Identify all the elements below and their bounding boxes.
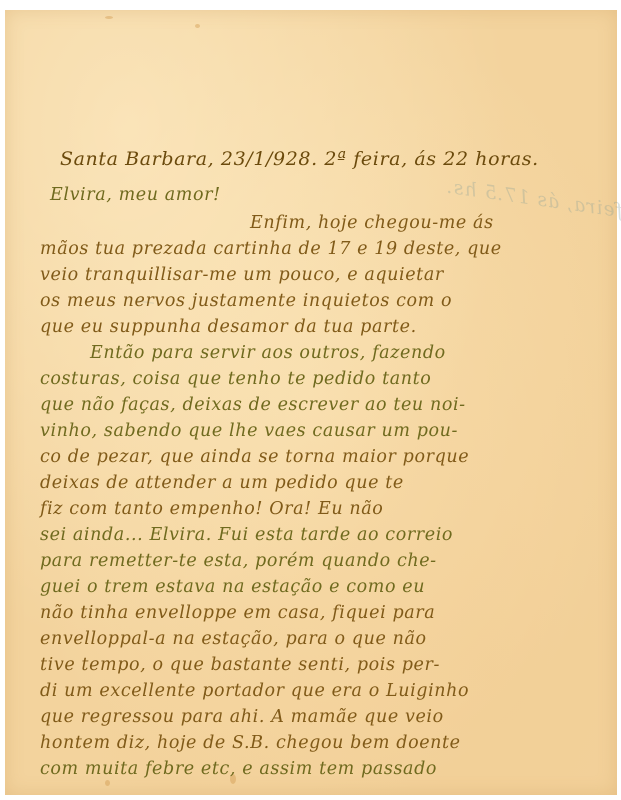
letter-salutation: Elvira, meu amor!	[50, 184, 221, 206]
letter-line: Então para servir aos outros, fazendo	[90, 342, 446, 364]
letter-header-place-date: Santa Barbara, 23/1/928. 2ª feira, ás 22…	[60, 148, 539, 170]
letter-line: hontem diz, hoje de S.B. chegou bem doen…	[40, 732, 461, 754]
letter-line: com muita febre etc, e assim tem passado	[40, 758, 437, 780]
letter-line: co de pezar, que ainda se torna maior po…	[40, 446, 469, 468]
letter-line: tive tempo, o que bastante senti, pois p…	[40, 654, 440, 676]
paper-stain	[105, 16, 113, 19]
letter-line: os meus nervos justamente inquietos com …	[40, 290, 452, 312]
letter-line: di um excellente portador que era o Luig…	[40, 680, 469, 702]
paper-stain	[195, 24, 200, 28]
letter-line: que não faças, deixas de escrever ao teu…	[40, 394, 466, 416]
letter-line: vinho, sabendo que lhe vaes causar um po…	[40, 420, 458, 442]
letter-line: para remetter-te esta, porém quando che-	[40, 550, 437, 572]
paper-stain	[105, 780, 110, 786]
letter-line: costuras, coisa que tenho te pedido tant…	[40, 368, 431, 390]
letter-line: envelloppal-a na estação, para o que não	[40, 628, 427, 650]
letter-line: sei ainda... Elvira. Fui esta tarde ao c…	[40, 524, 453, 546]
letter-line: que eu suppunha desamor da tua parte.	[40, 316, 417, 338]
letter-line: mãos tua prezada cartinha de 17 e 19 des…	[40, 238, 502, 260]
letter-line: não tinha envelloppe em casa, fiquei par…	[40, 602, 435, 624]
letter-line: veio tranquillisar-me um pouco, e aquiet…	[40, 264, 444, 286]
letter-line: guei o trem estava na estação e como eu	[40, 576, 425, 598]
letter-line: Enfim, hoje chegou-me ás	[250, 212, 494, 234]
letter-line: fiz com tanto empenho! Ora! Eu não	[40, 498, 383, 520]
letter-line: que regressou para ahi. A mamãe que veio	[40, 706, 444, 728]
letter-line: deixas de attender a um pedido que te	[40, 472, 404, 494]
